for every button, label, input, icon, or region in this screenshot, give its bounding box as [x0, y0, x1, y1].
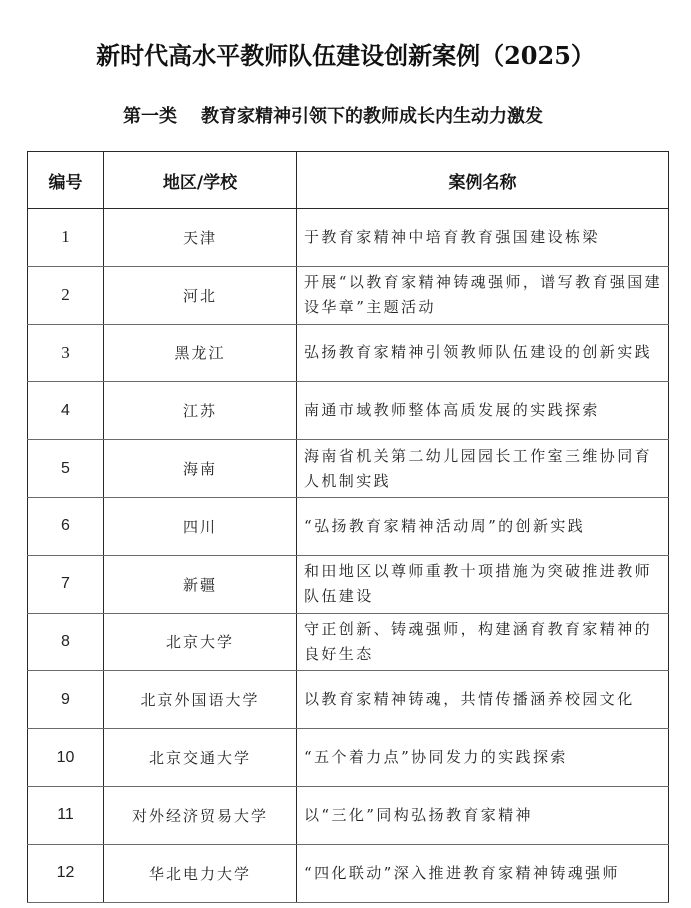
category-name: 教育家精神引领下的教师成长内生动力激发 [201, 106, 543, 127]
cell-location: 北京外国语大学 [104, 671, 297, 729]
cell-case-name: 以“三化”同构弘扬教育家精神 [297, 786, 669, 844]
cell-no: 5 [28, 440, 104, 498]
category-label: 第一类 [123, 106, 177, 127]
cell-case-name: 以教育家精神铸魂，共情传播涵养校园文化 [297, 671, 669, 729]
cell-location: 北京大学 [104, 613, 297, 671]
table-row: 1 天津 于教育家精神中培育教育强国建设栋梁 [28, 209, 669, 267]
cell-no: 1 [28, 209, 104, 267]
cell-case-name: “四化联动”深入推进教育家精神铸魂强师 [297, 844, 669, 902]
cell-no: 4 [28, 382, 104, 440]
cell-no: 7 [28, 555, 104, 613]
cell-location: 河北 [104, 266, 297, 324]
cell-case-name: 守正创新、铸魂强师，构建涵育教育家精神的良好生态 [297, 613, 669, 671]
cell-case-name: 开展“以教育家精神铸魂强师，谱写教育强国建设华章”主题活动 [297, 266, 669, 324]
cell-location: 天津 [104, 209, 297, 267]
cell-case-name: 和田地区以尊师重教十项措施为突破推进教师队伍建设 [297, 555, 669, 613]
table-row: 11 对外经济贸易大学 以“三化”同构弘扬教育家精神 [28, 786, 669, 844]
table-row: 4 江苏 南通市域教师整体高质发展的实践探索 [28, 382, 669, 440]
cell-case-name: 弘扬教育家精神引领教师队伍建设的创新实践 [297, 324, 669, 382]
cell-location: 对外经济贸易大学 [104, 786, 297, 844]
table-row: 5 海南 海南省机关第二幼儿园园长工作室三维协同育人机制实践 [28, 440, 669, 498]
table-row: 12 华北电力大学 “四化联动”深入推进教育家精神铸魂强师 [28, 844, 669, 902]
cell-no: 2 [28, 266, 104, 324]
cell-location: 江苏 [104, 382, 297, 440]
cell-no: 12 [28, 844, 104, 902]
table-row: 7 新疆 和田地区以尊师重教十项措施为突破推进教师队伍建设 [28, 555, 669, 613]
header-location: 地区/学校 [104, 152, 297, 209]
cell-no: 8 [28, 613, 104, 671]
cell-case-name: 海南省机关第二幼儿园园长工作室三维协同育人机制实践 [297, 440, 669, 498]
document-title: 新时代高水平教师队伍建设创新案例（2025） [0, 40, 691, 72]
cell-no: 11 [28, 786, 104, 844]
table-row: 2 河北 开展“以教育家精神铸魂强师，谱写教育强国建设华章”主题活动 [28, 266, 669, 324]
cell-location: 北京交通大学 [104, 729, 297, 787]
header-no: 编号 [28, 152, 104, 209]
header-case-name: 案例名称 [297, 152, 669, 209]
category-heading: 第一类教育家精神引领下的教师成长内生动力激发 [123, 104, 543, 130]
cell-no: 6 [28, 497, 104, 555]
cell-location: 新疆 [104, 555, 297, 613]
table-row: 10 北京交通大学 “五个着力点”协同发力的实践探索 [28, 729, 669, 787]
cell-case-name: 南通市域教师整体高质发展的实践探索 [297, 382, 669, 440]
table-row: 8 北京大学 守正创新、铸魂强师，构建涵育教育家精神的良好生态 [28, 613, 669, 671]
case-table: 编号 地区/学校 案例名称 1 天津 于教育家精神中培育教育强国建设栋梁 2 河… [27, 151, 669, 903]
table-row: 9 北京外国语大学 以教育家精神铸魂，共情传播涵养校园文化 [28, 671, 669, 729]
cell-location: 黑龙江 [104, 324, 297, 382]
table-row: 6 四川 “弘扬教育家精神活动周”的创新实践 [28, 497, 669, 555]
cell-location: 华北电力大学 [104, 844, 297, 902]
cell-no: 3 [28, 324, 104, 382]
cell-case-name: “弘扬教育家精神活动周”的创新实践 [297, 497, 669, 555]
cell-location: 海南 [104, 440, 297, 498]
cell-no: 9 [28, 671, 104, 729]
table-header-row: 编号 地区/学校 案例名称 [28, 152, 669, 209]
cell-case-name: “五个着力点”协同发力的实践探索 [297, 729, 669, 787]
cell-location: 四川 [104, 497, 297, 555]
table-row: 3 黑龙江 弘扬教育家精神引领教师队伍建设的创新实践 [28, 324, 669, 382]
cell-no: 10 [28, 729, 104, 787]
cell-case-name: 于教育家精神中培育教育强国建设栋梁 [297, 209, 669, 267]
